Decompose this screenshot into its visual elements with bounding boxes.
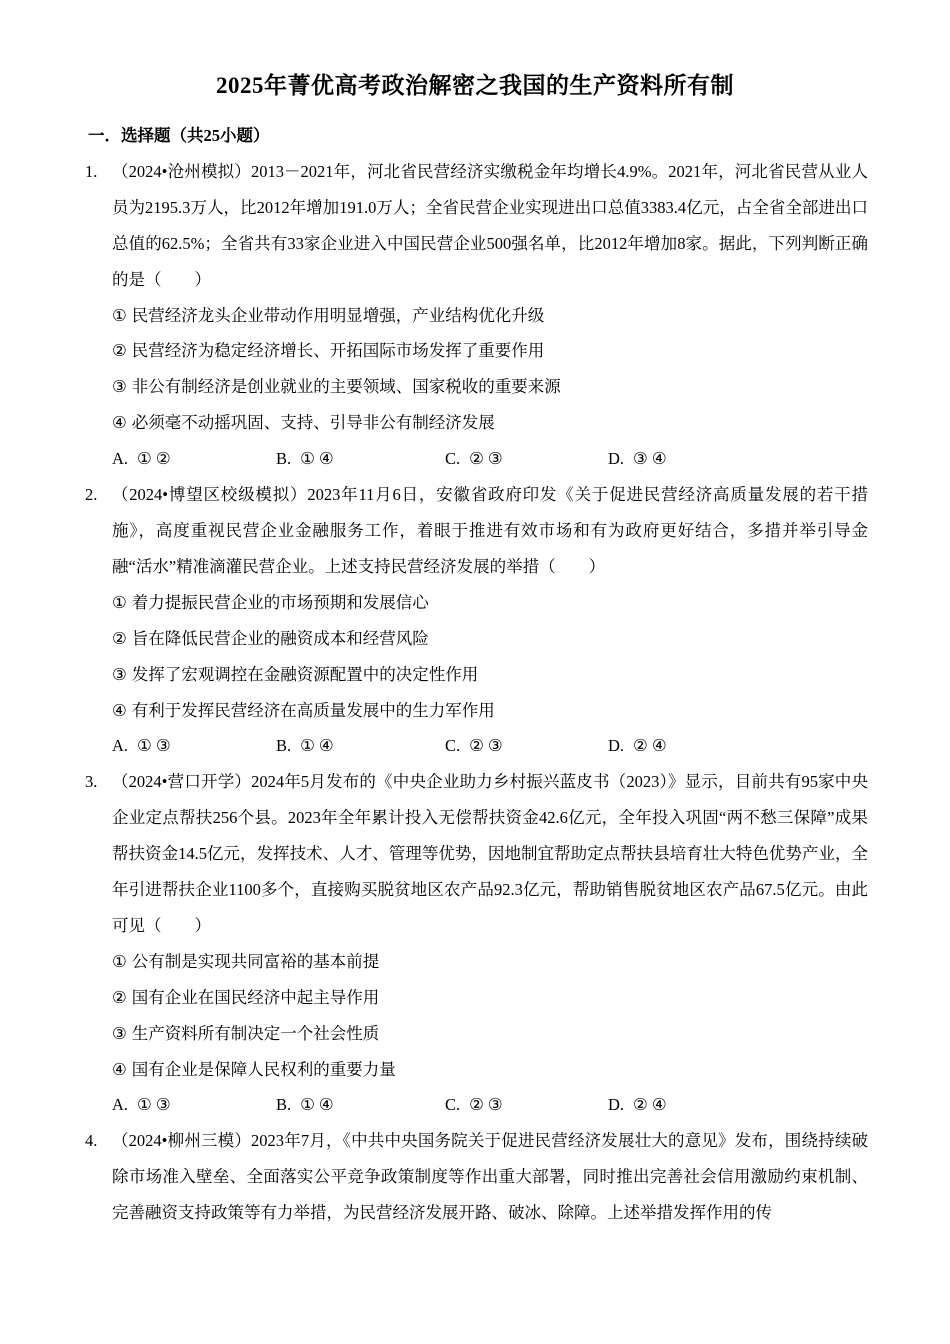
question-number: 4.	[85, 1123, 112, 1231]
option-marker: ④	[112, 701, 127, 720]
question-stem: （2024•营口开学）2024年5月发布的《中央企业助力乡村振兴蓝皮书（2023…	[112, 764, 868, 944]
choice-value: ②④	[633, 1095, 671, 1114]
choice-value: ①③	[137, 736, 175, 755]
choice-option: C.②③	[445, 728, 608, 764]
choice-value: ①④	[300, 736, 338, 755]
page-title: 2025年菁优高考政治解密之我国的生产资料所有制	[0, 0, 950, 101]
choice-letter: D.	[608, 736, 624, 755]
question-body: （2024•营口开学）2024年5月发布的《中央企业助力乡村振兴蓝皮书（2023…	[112, 764, 868, 1123]
choice-value: ①④	[300, 449, 338, 468]
choice-option: A.①②	[112, 441, 276, 477]
choice-row: A.①②B.①④C.②③D.③④	[112, 441, 868, 477]
option-text: 生产资料所有制决定一个社会性质	[132, 1024, 380, 1043]
choice-option: C.②③	[445, 441, 608, 477]
question-number: 3.	[85, 764, 112, 1123]
choice-option: B.①④	[276, 1087, 445, 1123]
option-text: 必须毫不动摇巩固、支持、引导非公有制经济发展	[132, 413, 495, 432]
option-marker: ②	[112, 341, 127, 360]
choice-value: ①③	[137, 1095, 175, 1114]
question-number: 2.	[85, 477, 112, 764]
choice-letter: D.	[608, 449, 624, 468]
choice-letter: C.	[445, 449, 460, 468]
choice-option: B.①④	[276, 441, 445, 477]
choice-option: A.①③	[112, 1087, 276, 1123]
option-item: ②旨在降低民营企业的融资成本和经营风险	[112, 621, 868, 657]
question-stem: （2024•博望区校级模拟）2023年11月6日，安徽省政府印发《关于促进民营经…	[112, 477, 868, 585]
question-body: （2024•柳州三模）2023年7月，《中共中央国务院关于促进民营经济发展壮大的…	[112, 1123, 868, 1231]
option-text: 发挥了宏观调控在金融资源配置中的决定性作用	[132, 665, 479, 684]
option-item: ③生产资料所有制决定一个社会性质	[112, 1016, 868, 1052]
option-item: ①着力提振民营企业的市场预期和发展信心	[112, 585, 868, 621]
option-item: ④必须毫不动摇巩固、支持、引导非公有制经济发展	[112, 405, 868, 441]
choice-option: D.③④	[608, 441, 671, 477]
choice-letter: B.	[276, 449, 291, 468]
option-item: ②国有企业在国民经济中起主导作用	[112, 980, 868, 1016]
option-text: 国有企业是保障人民权利的重要力量	[132, 1060, 396, 1079]
option-text: 公有制是实现共同富裕的基本前提	[132, 952, 380, 971]
choice-letter: A.	[112, 1095, 128, 1114]
choice-option: A.①③	[112, 728, 276, 764]
question-stem: （2024•沧州模拟）2013－2021年，河北省民营经济实缴税金年均增长4.9…	[112, 154, 868, 298]
choice-letter: B.	[276, 1095, 291, 1114]
option-text: 有利于发挥民营经济在高质量发展中的生力军作用	[132, 701, 495, 720]
option-item: ①公有制是实现共同富裕的基本前提	[112, 944, 868, 980]
question-body: （2024•沧州模拟）2013－2021年，河北省民营经济实缴税金年均增长4.9…	[112, 154, 868, 477]
option-text: 国有企业在国民经济中起主导作用	[132, 988, 380, 1007]
option-marker: ②	[112, 629, 127, 648]
option-item: ③发挥了宏观调控在金融资源配置中的决定性作用	[112, 657, 868, 693]
question: 1. （2024•沧州模拟）2013－2021年，河北省民营经济实缴税金年均增长…	[0, 154, 950, 477]
question: 2. （2024•博望区校级模拟）2023年11月6日，安徽省政府印发《关于促进…	[0, 477, 950, 764]
choice-value: ②③	[469, 736, 507, 755]
choice-option: D.②④	[608, 728, 671, 764]
choice-value: ②③	[469, 449, 507, 468]
choice-value: ①④	[300, 1095, 338, 1114]
option-marker: ④	[112, 413, 127, 432]
choice-row: A.①③B.①④C.②③D.②④	[112, 728, 868, 764]
question-list: 1. （2024•沧州模拟）2013－2021年，河北省民营经济实缴税金年均增长…	[0, 154, 950, 1231]
option-marker: ④	[112, 1060, 127, 1079]
option-marker: ①	[112, 306, 127, 325]
option-marker: ③	[112, 1024, 127, 1043]
option-marker: ③	[112, 665, 127, 684]
question-body: （2024•博望区校级模拟）2023年11月6日，安徽省政府印发《关于促进民营经…	[112, 477, 868, 764]
choice-value: ②③	[469, 1095, 507, 1114]
option-marker: ③	[112, 377, 127, 396]
option-item: ②民营经济为稳定经济增长、开拓国际市场发挥了重要作用	[112, 333, 868, 369]
choice-row: A.①③B.①④C.②③D.②④	[112, 1087, 868, 1123]
choice-letter: A.	[112, 736, 128, 755]
choice-letter: C.	[445, 736, 460, 755]
document-page: 2025年菁优高考政治解密之我国的生产资料所有制 一．选择题（共25小题） 1.…	[0, 0, 950, 1344]
option-text: 着力提振民营企业的市场预期和发展信心	[132, 593, 429, 612]
choice-letter: B.	[276, 736, 291, 755]
question: 4. （2024•柳州三模）2023年7月，《中共中央国务院关于促进民营经济发展…	[0, 1123, 950, 1231]
choice-value: ①②	[137, 449, 175, 468]
option-marker: ①	[112, 952, 127, 971]
choice-letter: D.	[608, 1095, 624, 1114]
question-stem: （2024•柳州三模）2023年7月，《中共中央国务院关于促进民营经济发展壮大的…	[112, 1123, 868, 1231]
option-text: 民营经济龙头企业带动作用明显增强，产业结构优化升级	[132, 306, 545, 325]
choice-option: C.②③	[445, 1087, 608, 1123]
option-items: ①公有制是实现共同富裕的基本前提②国有企业在国民经济中起主导作用③生产资料所有制…	[112, 944, 868, 1088]
option-item: ④有利于发挥民营经济在高质量发展中的生力军作用	[112, 693, 868, 729]
choice-value: ②④	[633, 736, 671, 755]
option-item: ④国有企业是保障人民权利的重要力量	[112, 1052, 868, 1088]
choice-option: D.②④	[608, 1087, 671, 1123]
choice-letter: C.	[445, 1095, 460, 1114]
option-text: 非公有制经济是创业就业的主要领域、国家税收的重要来源	[132, 377, 561, 396]
choice-value: ③④	[633, 449, 671, 468]
option-items: ①民营经济龙头企业带动作用明显增强，产业结构优化升级②民营经济为稳定经济增长、开…	[112, 298, 868, 442]
option-item: ①民营经济龙头企业带动作用明显增强，产业结构优化升级	[112, 298, 868, 334]
option-text: 旨在降低民营企业的融资成本和经营风险	[132, 629, 429, 648]
question-number: 1.	[85, 154, 112, 477]
option-item: ③非公有制经济是创业就业的主要领域、国家税收的重要来源	[112, 369, 868, 405]
choice-option: B.①④	[276, 728, 445, 764]
option-items: ①着力提振民营企业的市场预期和发展信心②旨在降低民营企业的融资成本和经营风险③发…	[112, 585, 868, 729]
option-marker: ②	[112, 988, 127, 1007]
section-heading: 一．选择题（共25小题）	[88, 118, 950, 154]
question: 3. （2024•营口开学）2024年5月发布的《中央企业助力乡村振兴蓝皮书（2…	[0, 764, 950, 1123]
option-marker: ①	[112, 593, 127, 612]
choice-letter: A.	[112, 449, 128, 468]
option-text: 民营经济为稳定经济增长、开拓国际市场发挥了重要作用	[132, 341, 545, 360]
